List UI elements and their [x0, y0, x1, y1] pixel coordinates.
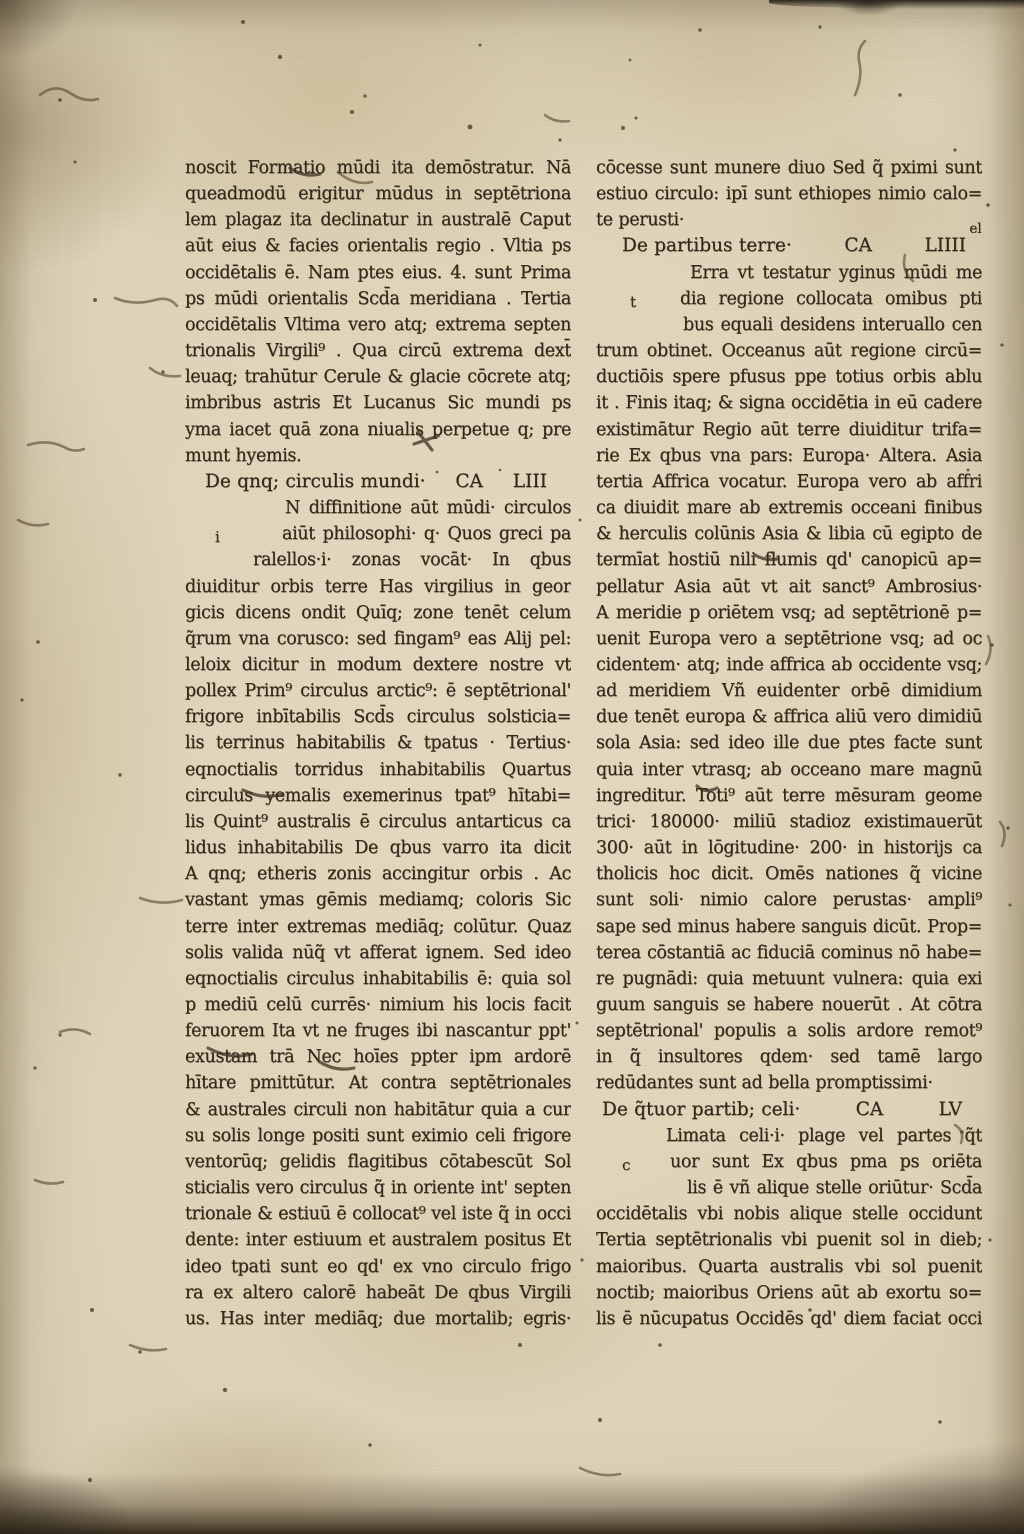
text-line: hītare pmittūtur. At contra septētrional… [185, 1070, 571, 1096]
chapter-title: De q̃tuor partib; celi· [596, 1097, 800, 1123]
text-line: ingreditur. Toti⁹ aūt terre mēsuram geom… [596, 783, 982, 809]
chapter-title: De partibus terre· [596, 233, 792, 259]
text-line: Limata celi·i· plage vel partes q̃t [596, 1123, 982, 1149]
text-line: queadmodū erigitur mūdus in septētriona [185, 181, 571, 207]
text-line: sola Asia: sed ideo ille due ptes facte … [596, 730, 982, 756]
text-line: re pugnādi: quia metuunt vulnera: quia e… [596, 966, 982, 992]
text-line: in q̃ insultores qdem· sed tamē largo sa… [596, 1044, 982, 1070]
text-line: te perusti· el· [596, 207, 982, 233]
text-line: uor sunt Ex qbus pma ps oriēta [596, 1149, 982, 1175]
page-edge-bottom-right [804, 1444, 1024, 1534]
chapter-number: LIIII [924, 233, 982, 259]
text-line: ad meridiem Vñ euidenter orbē dimidium [596, 678, 982, 704]
chapter-heading: De q̃tuor partib; celi· CA LV [596, 1097, 982, 1123]
text-line: & herculis colūnis Asia & libia cū egipt… [596, 521, 982, 547]
text-line: Erra vt testatur yginus mūdi me [596, 260, 982, 286]
text-line: aiūt philosophi· q· Quos greci pa [185, 521, 571, 547]
text-line: leuaq; trahūtur Cerule & glacie cōcrete … [185, 364, 571, 390]
book-page: noscit Formatio mūdi ita demōstratur. Nā… [0, 0, 1024, 1534]
text-line: lis terrinus habitabilis & tpatus · Tert… [185, 730, 571, 756]
left-column: noscit Formatio mūdi ita demōstratur. Nā… [185, 155, 571, 1332]
chapter-ca-label: CA [844, 233, 872, 259]
chapter-title: De qnq; circulis mundi· [185, 469, 426, 495]
text-line: cidentem· atq; inde affrica ab occidente… [596, 652, 982, 678]
guide-letter: i [215, 524, 219, 550]
text-line: eqnoctialis torridus inhabitabilis Quart… [185, 757, 571, 783]
text-line: diuiditur orbis terre Has virgilius in g… [185, 574, 571, 600]
text-line: bus equali desidens interuallo cen [596, 312, 982, 338]
chapter-ca-label: CA [455, 469, 483, 495]
text-line: tholicis hoc dicit. Omēs nationes q̃ vic… [596, 861, 982, 887]
text-line: ductiōis spere pfusus ppe totius orbis a… [596, 364, 982, 390]
text-line: exustam trā Nec hoīes ppter ipm ardorē [185, 1044, 571, 1070]
text-line: ra ex altero calorē habeāt De qbus Virgi… [185, 1280, 571, 1306]
text-line: lis ē nūcupatus Occidēs qd' diem faciat … [596, 1306, 982, 1332]
text-line: A qnq; etheris zonis accingitur orbis . … [185, 861, 571, 887]
text-line: munt hyemis. [185, 443, 571, 469]
text-line: lem plagaz ita declinatur in australē Ca… [185, 207, 571, 233]
text-line: occidētalis vbi nobis alique stelle occi… [596, 1201, 982, 1227]
text-line: lis Quint⁹ australis ē circulus antartic… [185, 809, 571, 835]
text-line: eqnoctialis circulus inhabitabilis ē: qu… [185, 966, 571, 992]
chapter-number: LIII [513, 469, 571, 495]
text-line: rie Ex qbus vna pars: Europa· Altera. As… [596, 443, 982, 469]
text-line: terre inter extremas mediāq; colūtur. Qu… [185, 914, 571, 940]
text-line: A meridie p oriētem vsq; ad septētrionē … [596, 600, 982, 626]
text-line: 300· aūt in lōgitudine· 200· in historij… [596, 835, 982, 861]
right-column: cōcesse sunt munere diuo Sed q̃ pximi su… [596, 155, 982, 1332]
text-line: tertia Affrica vocatur. Europa vero ab a… [596, 469, 982, 495]
chapter-opening: i N diffinitione aūt mūdi· circulos aiūt… [185, 495, 571, 573]
text-line: lidus inhabitabilis De qbus varro ita di… [185, 835, 571, 861]
chapter-opening: t Erra vt testatur yginus mūdi me dia re… [596, 260, 982, 338]
text-line: circulus yemalis exemerinus tpat⁹ hītabi… [185, 783, 571, 809]
text-line: feruorem Ita vt ne fruges ibi nascantur … [185, 1018, 571, 1044]
text-line: trionalis Virgili⁹ . Qua circū extrema d… [185, 338, 571, 364]
chapter-heading: De partibus terre· CA LIIII [596, 233, 982, 259]
text-line: quia inter vtrasq; ab occeano mare magnū [596, 757, 982, 783]
text-line: us. Has inter mediāq; due mortalib; egri… [185, 1306, 571, 1332]
guide-letter: c [622, 1152, 630, 1178]
text-line: septētrional' populis a solis ardore rem… [596, 1018, 982, 1044]
text-line: cōcesse sunt munere diuo Sed q̃ pximi su… [596, 155, 982, 181]
text-line: estiuo circulo: ipī sunt ethiopes nimio … [596, 181, 982, 207]
text-line: & australes circuli non habitātur quia a… [185, 1097, 571, 1123]
text-line: trici· 180000· miliū stadioz existimauer… [596, 809, 982, 835]
text-line: it . Finis itaq; & signa occidētia in eū… [596, 390, 982, 416]
page-edge-top-right-blob [834, 0, 904, 16]
chapter-heading: De qnq; circulis mundi· CA LIII [185, 469, 571, 495]
text-line: leloix dicitur in modum dextere nostre v… [185, 652, 571, 678]
text-line: noctib; maioribus Oriens aūt ab exortu s… [596, 1280, 982, 1306]
guide-letter: t [630, 289, 636, 315]
chapter-ca-label: CA [856, 1097, 884, 1123]
text-line: maioribus. Quarta australis vbi sol puen… [596, 1254, 982, 1280]
text-line: Tertia septētrionalis vbi puenit sol in … [596, 1227, 982, 1253]
text-line: yma iacet quā zona niualis perpetue q; p… [185, 417, 571, 443]
text-line: termīat hostiū nili flumis qd' canopicū … [596, 547, 982, 573]
text-line: dia regione collocata omibus pti [596, 286, 982, 312]
chapter-number: LV [939, 1097, 982, 1123]
text-line: trionale & estiuū ē collocat⁹ vel iste q… [185, 1201, 571, 1227]
text-line: pollex Prim⁹ circulus arctic⁹: ē septētr… [185, 678, 571, 704]
text-line: pellatur Asia aūt vt ait sanct⁹ Ambrosiu… [596, 574, 982, 600]
text-line: terea cōstantiā ac fiduciā cominus nō ha… [596, 940, 982, 966]
text-line: gicis dicens ondit Quīq; zone tenēt celu… [185, 600, 571, 626]
text-line: solis valida nūq̃ vt afferat ignem. Sed … [185, 940, 571, 966]
text-line: N diffinitione aūt mūdi· circulos [185, 495, 571, 521]
chapter-opening: c Limata celi·i· plage vel partes q̃t uo… [596, 1123, 982, 1201]
text-line: aūt eius & facies orientalis regio . Vlt… [185, 233, 571, 259]
text-line: existimātur Regio aūt terre diuiditur tr… [596, 417, 982, 443]
text-line: p mediū celū currēs· nimium his locis fa… [185, 992, 571, 1018]
text-line: trum obtinet. Occeanus aūt regione circū… [596, 338, 982, 364]
text-line: imbribus astris Et Lucanus Sic mundi ps [185, 390, 571, 416]
text-line: ralellos·i· zonas vocāt· In qbus [185, 547, 571, 573]
paragraph-end: te perusti· [596, 210, 684, 230]
text-line: noscit Formatio mūdi ita demōstratur. Nā [185, 155, 571, 181]
text-line: dente: inter estiuum et australem positu… [185, 1227, 571, 1253]
text-line: vastant ymas gēmis mediamq; coloris Sic [185, 887, 571, 913]
text-line: sape sed minus habere sanguis dicūt. Pro… [596, 914, 982, 940]
page-edge-bottom-left [0, 1464, 140, 1534]
page-edge-top-left [0, 0, 80, 60]
text-line: uenit Europa vero a septētrione vsq; ad … [596, 626, 982, 652]
text-line: frigore inbītabilis Scd̄s circulus solst… [185, 704, 571, 730]
text-line: ps mūdi orientalis Scd̄a meridiana . Ter… [185, 286, 571, 312]
text-line: ca diuidit mare ab extremis occeani fini… [596, 495, 982, 521]
text-line: lis ē vñ alique stelle oriūtur· Scd̄a [596, 1175, 982, 1201]
text-line: q̃rum vna corusco: sed fingam⁹ eas Alij … [185, 626, 571, 652]
text-line: sunt soli· nimio calore perustas· ampli⁹… [596, 887, 982, 913]
text-line: redūdantes sunt ad bella promptissimi· [596, 1070, 982, 1096]
text-line: sticialis vero circulus q̃ in oriente in… [185, 1175, 571, 1201]
text-line: ventorūq; gelidis flagitibus cōtabescūt … [185, 1149, 571, 1175]
text-line: occidētalis Vltima vero atq; extrema sep… [185, 312, 571, 338]
signature-mark: el· [969, 216, 982, 233]
text-line: su solis longe positi sunt eximio celi f… [185, 1123, 571, 1149]
text-line: occidētalis ē. Nam ptes eius. 4. sunt Pr… [185, 260, 571, 286]
text-line: due tenēt europa & affrica aliū vero dim… [596, 704, 982, 730]
text-line: ideo tpati sunt eo qd' ex vno circulo fr… [185, 1254, 571, 1280]
text-line: guum sanguis se habere nouerūt . At cōtr… [596, 992, 982, 1018]
